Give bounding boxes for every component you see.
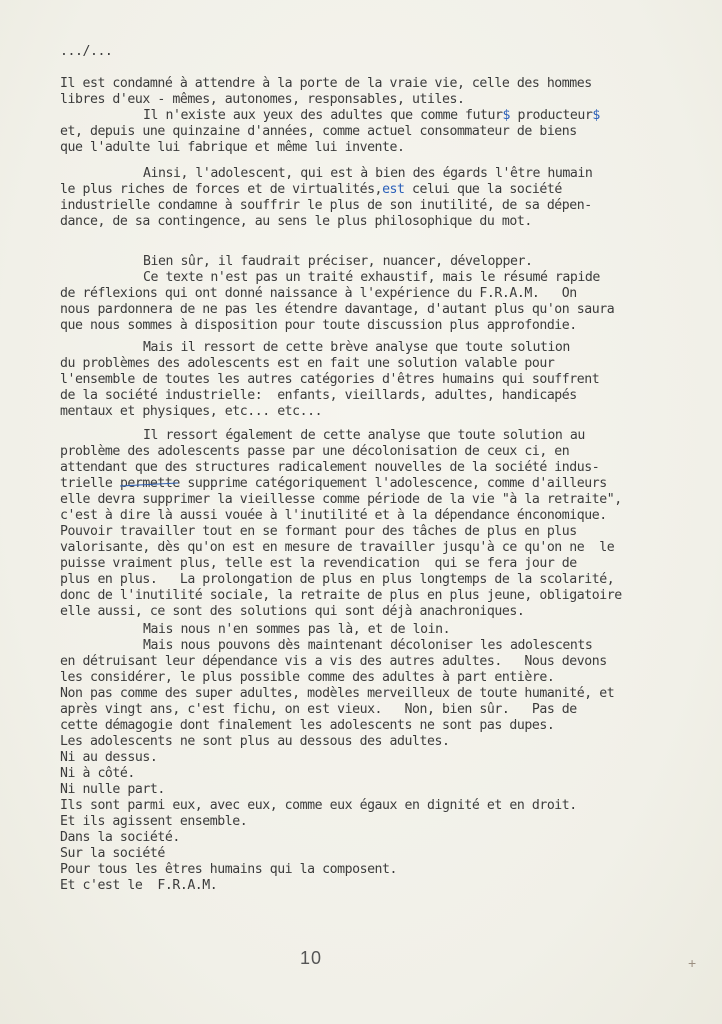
handwritten-s-mark: $ (503, 108, 511, 123)
text-line: Bien sûr, il faudrait préciser, nuancer,… (143, 254, 532, 270)
text-line: Sur la société (60, 846, 165, 862)
text-line: cette démagogie dont finalement les adol… (60, 718, 554, 734)
text-line: en détruisant leur dépendance vis a vis … (60, 654, 607, 670)
corner-mark: + (688, 955, 696, 971)
text-line: Mais nous n'en sommes pas là, et de loin… (143, 622, 450, 638)
text-line: Et ils agissent ensemble. (60, 814, 247, 830)
continuation-marker: .../... (60, 44, 112, 60)
struck-through-word: permette (120, 476, 180, 491)
text-fragment: Il n'existe aux yeux des adultes que com… (143, 108, 503, 123)
text-fragment: le plus riches de forces et de virtualit… (60, 182, 382, 197)
text-line: Non pas comme des super adultes, modèles… (60, 686, 614, 702)
text-line: libres d'eux - mêmes, autonomes, respons… (60, 92, 464, 108)
text-line: Il est condamné à attendre à la porte de… (60, 76, 592, 92)
text-line: plus en plus. La prolongation de plus en… (60, 572, 614, 588)
text-line: Mais nous pouvons dès maintenant décolon… (143, 638, 592, 654)
text-line: que l'adulte lui fabrique et même lui in… (60, 140, 405, 156)
text-line: Ce texte n'est pas un traité exhaustif, … (143, 270, 600, 286)
text-line: Et c'est le F.R.A.M. (60, 878, 217, 894)
text-line: le plus riches de forces et de virtualit… (60, 182, 562, 198)
text-line: du problèmes des adolescents est en fait… (60, 356, 554, 372)
text-line: Il ressort également de cette analyse qu… (143, 428, 585, 444)
text-fragment: producteur (510, 108, 592, 123)
text-line: problème des adolescents passe par une d… (60, 444, 569, 460)
text-line: Il n'existe aux yeux des adultes que com… (143, 108, 600, 124)
text-line: de la société industrielle: enfants, vie… (60, 388, 577, 404)
text-line: donc de l'inutilité sociale, la retraite… (60, 588, 622, 604)
text-line: Ainsi, l'adolescent, qui est à bien des … (143, 166, 592, 182)
text-line: Les adolescents ne sont plus au dessous … (60, 734, 449, 750)
text-line: de réflexions qui ont donné naissance à … (60, 286, 577, 302)
text-line: c'est à dire là aussi vouée à l'inutilit… (60, 508, 607, 524)
text-line: après vingt ans, c'est fichu, on est vie… (60, 702, 577, 718)
text-line: Ni à côté. (60, 766, 135, 782)
text-line: que nous sommes à disposition pour toute… (60, 318, 577, 334)
text-line: valorisante, dès qu'on est en mesure de … (60, 540, 614, 556)
text-line: l'ensemble de toutes les autres catégori… (60, 372, 599, 388)
page-number: 10 (300, 948, 322, 969)
text-fragment: celui que la société (405, 182, 562, 197)
text-line: elle devra supprimer la vieillesse comme… (60, 492, 622, 508)
handwritten-s-mark: $ (592, 108, 600, 123)
text-line: Pouvoir travailler tout en se formant po… (60, 524, 577, 540)
text-line: Mais il ressort de cette brève analyse q… (143, 340, 570, 356)
text-line: Ni nulle part. (60, 782, 165, 798)
text-line: Dans la société. (60, 830, 180, 846)
text-line: industrielle condamne à souffrir le plus… (60, 198, 592, 214)
text-fragment: supprime catégoriquement l'adolescence, … (180, 476, 607, 491)
text-line: Pour tous les êtres humains qui la compo… (60, 862, 397, 878)
handwritten-correction: est (382, 182, 404, 197)
text-line: Ni au dessus. (60, 750, 157, 766)
document-page: .../... Il est condamné à attendre à la … (0, 0, 722, 1024)
text-line: elle aussi, ce sont des solutions qui so… (60, 604, 524, 620)
text-line: Ils sont parmi eux, avec eux, comme eux … (60, 798, 577, 814)
text-fragment: trielle (60, 476, 112, 491)
text-line: mentaux et physiques, etc... etc... (60, 404, 322, 420)
text-line: puisse vraiment plus, telle est la reven… (60, 556, 577, 572)
text-line: trielle permette supprime catégoriquemen… (60, 476, 607, 492)
text-line: et, depuis une quinzaine d'années, comme… (60, 124, 577, 140)
text-line: nous pardonnera de ne pas les étendre da… (60, 302, 614, 318)
text-line: dance, de sa contingence, au sens le plu… (60, 214, 532, 230)
text-line: attendant que des structures radicalemen… (60, 460, 599, 476)
text-line: les considérer, le plus possible comme d… (60, 670, 554, 686)
